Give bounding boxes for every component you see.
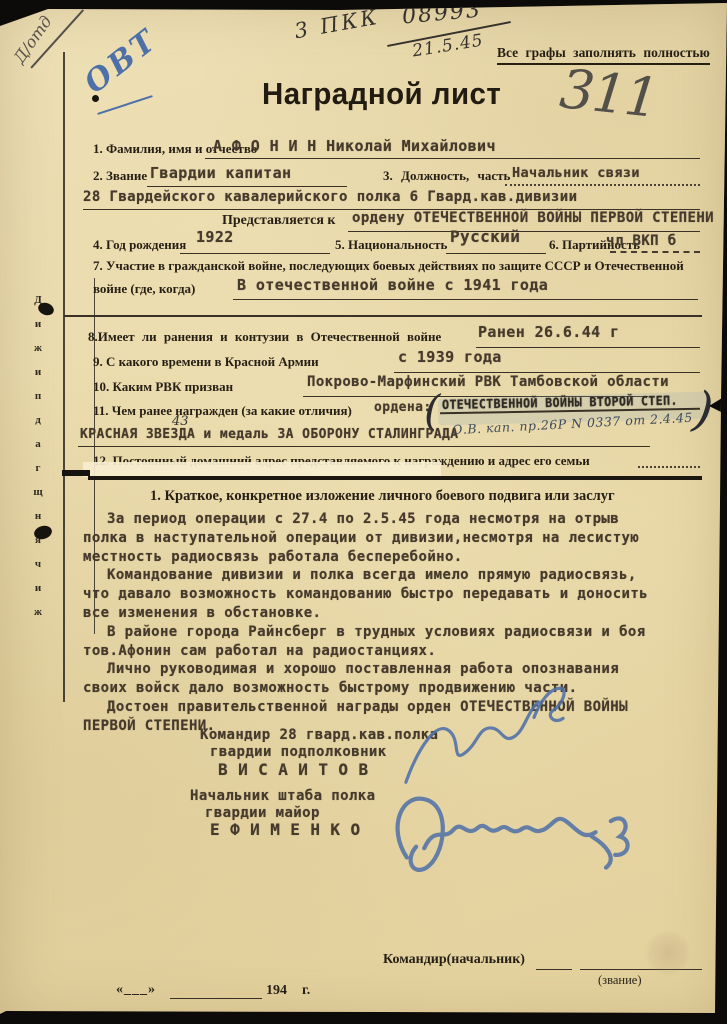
- underline: [147, 186, 347, 187]
- footer-date-year: 194: [266, 983, 287, 999]
- field-nationality-value: Русский: [450, 227, 520, 246]
- chief-of-staff-title-line2: гвардии майор: [205, 805, 320, 821]
- underline: [205, 158, 700, 159]
- thick-divider-stub: [62, 470, 90, 476]
- footer-line: [536, 969, 572, 970]
- field-rank-value: Гвардии капитан: [150, 164, 291, 182]
- thick-divider: [88, 476, 702, 480]
- footer-date-suffix: г.: [302, 983, 310, 999]
- citation-paragraph: За период операции с 27.4 по 2.5.45 года…: [83, 510, 658, 566]
- chief-of-staff-name: Е Ф И М Е Н К О: [210, 820, 361, 839]
- chief-of-staff-title-line1: Начальник штаба полка: [190, 788, 375, 804]
- erased-blank-band: [83, 462, 441, 477]
- field-birthyear-label: 4. Год рождения: [93, 237, 186, 253]
- faint-stamp: [645, 930, 691, 976]
- registry-date-handwriting: 21.5.45: [411, 31, 485, 62]
- citation-paragraph: Лично руководимая и хорошо поставленная …: [83, 660, 658, 698]
- ink-speck: [92, 95, 99, 102]
- field-position-value: Начальник связи: [512, 165, 640, 181]
- scanned-award-sheet: { "palette": { "paper": "#e9d9a9", "prin…: [0, 0, 727, 1024]
- underline-dashed: [610, 251, 700, 253]
- field-prior-awards-line2: КРАСНАЯ ЗВЕЗДА и медаль ЗА ОБОРОНУ СТАЛИ…: [80, 427, 458, 442]
- citation-body: За период операции с 27.4 по 2.5.45 года…: [83, 510, 658, 736]
- field-rvk-label: 10. Каким РВК призван: [93, 379, 233, 395]
- corner-pencil-mark: Д/отд: [10, 12, 56, 67]
- field-prior-awards-prefix: ордена:: [374, 400, 432, 415]
- field-prior-awards-label: 11. Чем ранее награжден (за какие отличи…: [93, 403, 352, 419]
- underline: [348, 231, 700, 232]
- paper-sheet: 3 ПКК 08993 21.5.45 Д/отд ОВТ Все графы …: [0, 0, 727, 1024]
- registry-number-handwriting: 08993: [401, 0, 483, 29]
- presented-for-value: ордену ОТЕЧЕСТВЕННОЙ ВОЙНЫ ПЕРВОЙ СТЕПЕН…: [352, 210, 714, 226]
- underline: [233, 299, 698, 300]
- field-rvk-value: Покрово-Марфинский РВК Тамбовской област…: [307, 374, 669, 390]
- handwritten-bracket-close: ): [690, 381, 716, 439]
- field-position-label: 3. Должность, часть: [383, 168, 510, 184]
- footer-date-quotes: «___»: [116, 982, 156, 998]
- margin-rule-outer: [63, 52, 65, 702]
- registry-unit-handwriting: 3 ПКК: [293, 5, 382, 44]
- field-nationality-label: 5. Национальность: [335, 237, 447, 253]
- field-surname-value: А Ф О Н И Н Николай Михайлович: [213, 137, 496, 155]
- field-wounds-label: 8.Имеет ли ранения и контузии в Отечеств…: [88, 329, 441, 345]
- field-wounds-value: Ранен 26.6.44 г: [478, 323, 619, 341]
- margin-vertical-note: Д и ж и п д а г щ н я ч и ж: [30, 288, 46, 624]
- citation-paragraph: Командование дивизии и полка всегда имел…: [83, 566, 658, 622]
- corner-ink-flourish: [97, 95, 153, 115]
- footer-commander-label: Командир(начальник): [383, 952, 525, 968]
- commander-name: В И С А И Т О В: [218, 760, 369, 779]
- field-army-since-label: 9. С какого времени в Красной Армии: [93, 354, 319, 370]
- underline-dotted: [638, 466, 700, 468]
- underline-dotted: [505, 184, 700, 186]
- page-number-handwriting: 311: [557, 57, 660, 130]
- underline: [394, 372, 700, 373]
- field-birthyear-value: 1922: [196, 228, 234, 246]
- commander-title-line2: гвардии подполковник: [210, 744, 387, 760]
- presented-for-label: Представляется к: [222, 213, 335, 229]
- field-party-value: чл ВКП б: [606, 233, 677, 249]
- underline: [180, 253, 330, 254]
- underline: [446, 253, 546, 254]
- page-title: Наградной лист: [262, 76, 501, 112]
- field-war-participation-label: 7. Участие в гражданской войне, последую…: [93, 258, 705, 274]
- field-war-participation-value: В отечественной войне с 1941 года: [237, 276, 548, 294]
- field-unit-value: 28 Гвардейского кавалерийского полка 6 Г…: [83, 189, 577, 205]
- citation-paragraph: В районе города Райнсберг в трудных усло…: [83, 623, 658, 661]
- section-divider: [64, 315, 702, 317]
- underline: [78, 446, 650, 447]
- corner-ink-mark: ОВТ: [78, 22, 165, 101]
- citation-heading: 1. Краткое, конкретное изложение личного…: [150, 488, 615, 505]
- footer-date-line: [170, 998, 262, 999]
- field-army-since-value: с 1939 года: [398, 348, 502, 366]
- field-war-participation-label2: войне (где, когда): [93, 281, 195, 297]
- footer-rank-hint: (звание): [598, 973, 641, 988]
- underline: [476, 347, 700, 348]
- efimenko-signature: [381, 761, 643, 894]
- field-rank-label: 2. Звание: [93, 168, 147, 184]
